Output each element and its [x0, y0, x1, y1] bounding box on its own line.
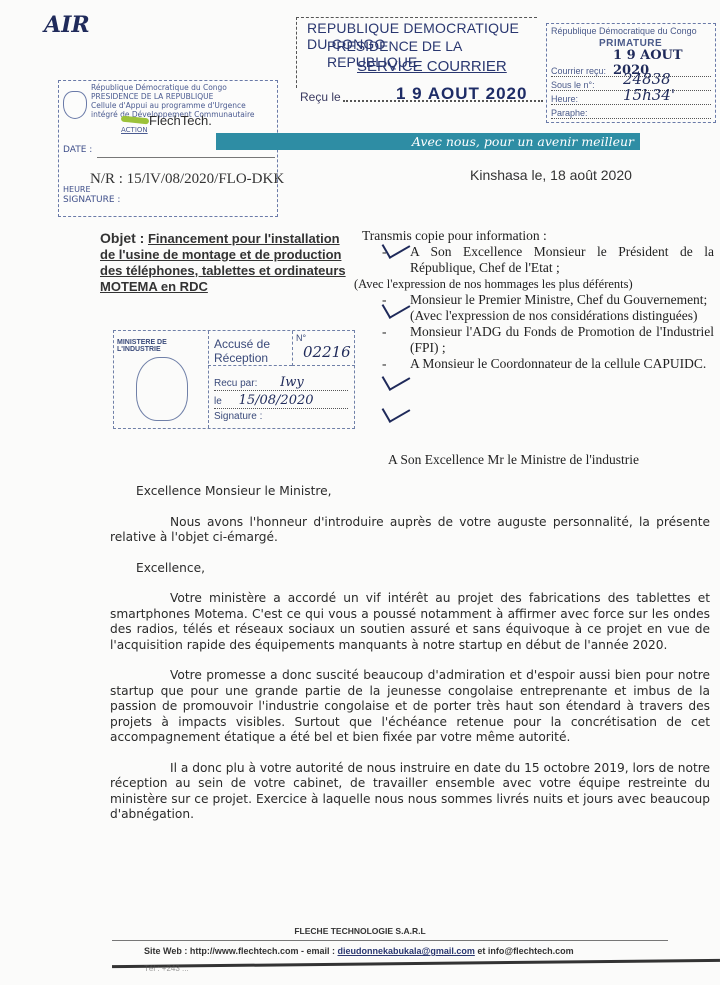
- stamp-heure-label: HEURE: [63, 185, 91, 194]
- copy-note: (Avec l'expression de nos considérations…: [362, 308, 714, 324]
- addressee: A Son Excellence Mr le Ministre de l'ind…: [388, 452, 639, 468]
- signature-label: Signature :: [214, 411, 262, 422]
- email-link[interactable]: dieudonnekabukala@gmail.com: [338, 946, 475, 956]
- received-by-row: Recu par: Iwy: [214, 375, 348, 391]
- email-link[interactable]: info@flechtech.com: [488, 946, 574, 956]
- stamp-column: MINISTERE DE L'INDUSTRIE: [114, 331, 209, 428]
- ministry-name: MINISTERE DE L'INDUSTRIE: [117, 339, 208, 353]
- copy-distribution: Transmis copie pour information : - A So…: [362, 228, 714, 372]
- stamp-line: SERVICE COURRIER: [357, 58, 507, 75]
- coat-of-arms-icon: [63, 91, 87, 119]
- received-label: Reçu le: [300, 90, 341, 104]
- footer-company: FLECHE TECHNOLOGIE S.A.R.L: [0, 926, 720, 936]
- paragraph: Votre ministère a accordé un vif intérêt…: [110, 591, 710, 653]
- footer-tel: Tél : +243 ...: [144, 964, 189, 973]
- stamp-signature-label: SIGNATURE :: [63, 195, 120, 205]
- footer-contact: Site Web : http://www.flechtech.com - em…: [144, 946, 574, 956]
- received-date: 1 9 AOUT 2020: [396, 84, 527, 104]
- copy-recipient: - Monsieur l'ADG du Fonds de Promotion d…: [362, 324, 714, 356]
- slogan-banner: Avec nous, pour un avenir meilleur: [216, 133, 640, 150]
- received-by-value: Iwy: [280, 375, 304, 390]
- copy-recipient: - Monsieur le Premier Ministre, Chef du …: [362, 292, 714, 308]
- checkmark-icon: [382, 397, 411, 423]
- paragraph: Nous avons l'honneur d'introduire auprès…: [110, 515, 710, 546]
- number-box: N° 02216: [292, 331, 355, 366]
- paragraph: Il a donc plu à votre autorité de nous i…: [110, 761, 710, 823]
- copy-recipient: - A Son Excellence Monsieur le Président…: [362, 244, 714, 276]
- ministere-receipt-stamp: MINISTERE DE L'INDUSTRIE Accusé de Récep…: [113, 330, 355, 429]
- received-on-label: le: [214, 396, 222, 407]
- salutation: Excellence,: [110, 561, 710, 577]
- company-logo: FlechTech.: [149, 113, 212, 128]
- stamp-title: République Démocratique du Congo: [551, 26, 697, 36]
- copy-note: (Avec l'expression de nos hommages les p…: [354, 276, 714, 292]
- scan-edge: [112, 959, 720, 968]
- received-on-value: 15/08/2020: [239, 393, 314, 408]
- letter-body: Excellence Monsieur le Ministre, Nous av…: [110, 484, 710, 838]
- handwritten-annotation: AIR: [44, 12, 90, 38]
- divider: [97, 157, 275, 158]
- salutation: Excellence Monsieur le Ministre,: [110, 484, 710, 500]
- copy-title: Transmis copie pour information :: [362, 228, 714, 244]
- received-date-row: le 15/08/2020: [214, 393, 348, 409]
- stamp-date-label: DATE :: [63, 145, 92, 155]
- received-by-label: Recu par:: [214, 378, 257, 389]
- paraphe-label: Paraphe:: [551, 108, 711, 119]
- subject-block: Objet : Financement pour l'installation …: [100, 230, 350, 295]
- divider: [208, 365, 292, 366]
- presidence-courrier-stamp: REPUBLIQUE DEMOCRATIQUE DU CONGO PRESIDE…: [296, 17, 537, 88]
- number-value: 02216: [303, 343, 351, 361]
- acknowledgement-label: Accusé de Réception: [214, 337, 290, 365]
- slogan-text: Avec nous, pour un avenir meilleur: [412, 133, 634, 150]
- coat-of-arms-icon: [136, 357, 188, 421]
- number-label: N°: [296, 333, 306, 343]
- signature-row: Signature :: [214, 411, 348, 422]
- heure-value: 15h34': [623, 86, 675, 104]
- paragraph: Votre promesse a donc suscité beaucoup d…: [110, 668, 710, 746]
- reference-number: N/R : 15/lV/08/2020/FLO-DKK: [90, 171, 284, 188]
- primature-stamp: République Démocratique du Congo PRIMATU…: [546, 23, 716, 123]
- divider: [112, 940, 668, 941]
- stamp-action-label: ACTION: [121, 126, 148, 134]
- place-date: Kinshasa le, 18 août 2020: [470, 167, 632, 183]
- subject-label: Objet :: [100, 230, 144, 246]
- copy-recipient: - A Monsieur le Coordonnateur de la cell…: [362, 356, 714, 372]
